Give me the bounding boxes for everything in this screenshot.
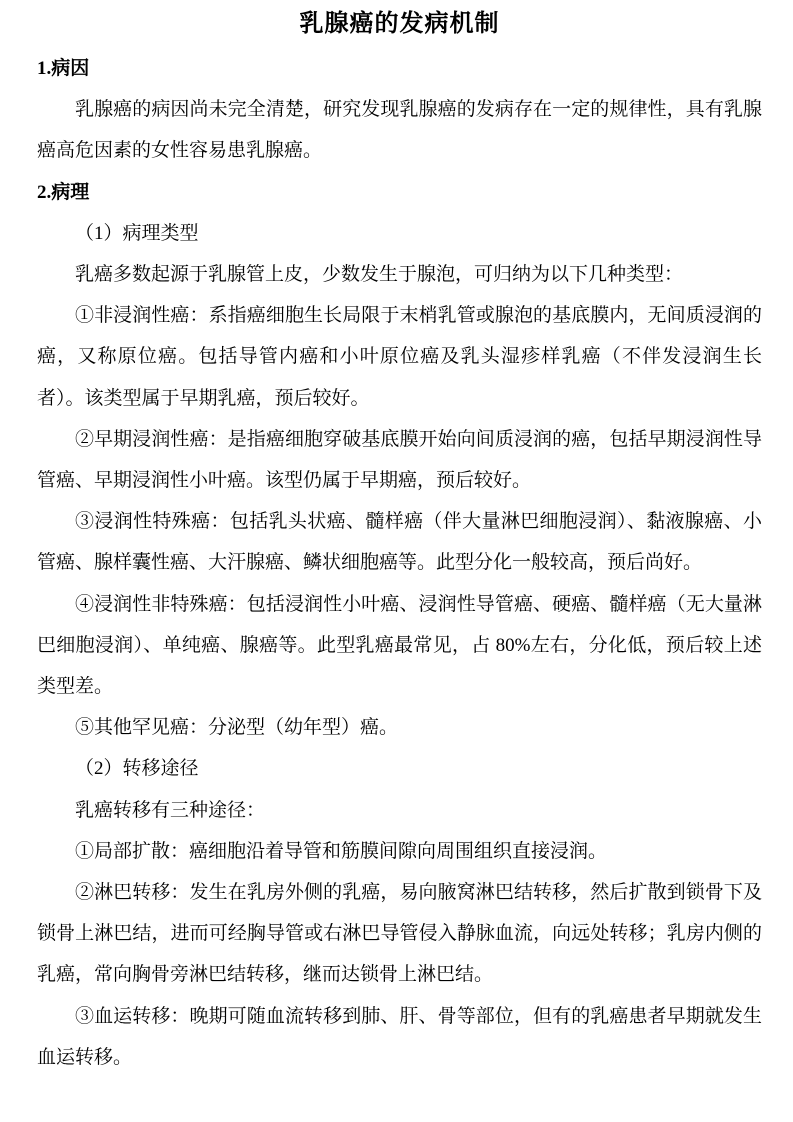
paragraph-cause: 乳腺癌的病因尚未完全清楚，研究发现乳腺癌的发病存在一定的规律性，具有乳腺癌高危因… [37,89,762,171]
paragraph-route-3-hematogenous: ③血运转移：晚期可随血流转移到肺、肝、骨等部位，但有的乳癌患者早期就发生血运转移… [37,996,762,1078]
paragraph-type-4-invasive-nonspecial: ④浸润性非特殊癌：包括浸润性小叶癌、浸润性导管癌、硬癌、髓样癌（无大量淋巴细胞浸… [37,584,762,708]
paragraph-type-2-early-invasive: ②早期浸润性癌：是指癌细胞穿破基底膜开始向间质浸润的癌，包括早期浸润性导管癌、早… [37,419,762,501]
paragraph-route-2-lymphatic: ②淋巴转移：发生在乳房外侧的乳癌，易向腋窝淋巴结转移，然后扩散到锁骨下及锁骨上淋… [37,872,762,996]
document-page: 乳腺癌的发病机制 1.病因 乳腺癌的病因尚未完全清楚，研究发现乳腺癌的发病存在一… [0,0,793,1122]
subheading-pathology-types: （1）病理类型 [37,213,762,254]
subheading-metastasis-routes: （2）转移途径 [37,748,762,789]
paragraph-type-5-rare: ⑤其他罕见癌：分泌型（幼年型）癌。 [37,707,762,748]
section-heading-cause: 1.病因 [37,48,762,89]
paragraph-type-1-noninvasive: ①非浸润性癌：系指癌细胞生长局限于末梢乳管或腺泡的基底膜内，无间质浸润的癌，又称… [37,295,762,419]
document-title: 乳腺癌的发病机制 [37,0,762,48]
paragraph-route-1-local-spread: ①局部扩散：癌细胞沿着导管和筋膜间隙向周围组织直接浸润。 [37,831,762,872]
section-heading-pathology: 2.病理 [37,172,762,213]
paragraph-routes-intro: 乳癌转移有三种途径： [37,790,762,831]
paragraph-types-intro: 乳癌多数起源于乳腺管上皮，少数发生于腺泡，可归纳为以下几种类型： [37,254,762,295]
paragraph-type-3-invasive-special: ③浸润性特殊癌：包括乳头状癌、髓样癌（伴大量淋巴细胞浸润）、黏液腺癌、小管癌、腺… [37,501,762,583]
